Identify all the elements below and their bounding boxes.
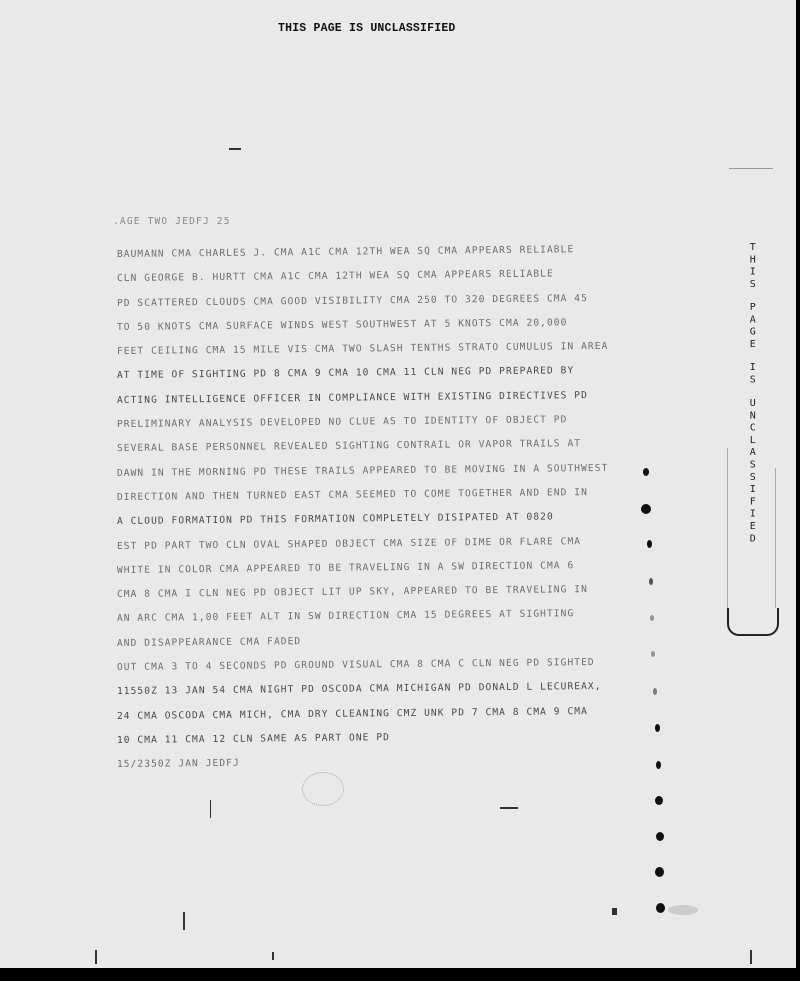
document-page: THIS PAGE IS UNCLASSIFIED .AGE TWO JEDFJ…	[0, 0, 796, 968]
punch-hole	[649, 578, 653, 585]
punch-hole	[656, 832, 664, 841]
vertical-classification-stamp: THIS PAGE IS UNCLASSIFIED	[727, 168, 777, 638]
punch-hole	[651, 651, 655, 657]
stamp-bracket-top	[729, 168, 773, 177]
stamp-letters: THIS PAGE IS UNCLASSIFIED	[747, 242, 758, 546]
scan-border	[796, 0, 800, 981]
smudge	[668, 905, 698, 915]
punch-hole	[656, 761, 661, 769]
punch-hole	[650, 615, 654, 621]
stamp-word: THIS	[747, 242, 758, 291]
stamp-bracket-bottom	[727, 608, 779, 636]
punch-hole	[641, 504, 651, 514]
stray-mark	[95, 950, 97, 964]
stamp-bracket-right	[775, 468, 776, 608]
stray-mark	[210, 800, 211, 818]
page-reference: .AGE TWO JEDFJ 25	[113, 216, 231, 227]
stamp-bracket-left	[727, 448, 728, 608]
punch-hole	[656, 903, 665, 913]
stray-mark	[750, 950, 752, 964]
punch-hole	[655, 867, 664, 877]
stray-mark	[229, 148, 241, 150]
stamp-word: IS	[747, 362, 758, 387]
stamp-word: UNCLASSIFIED	[747, 398, 758, 546]
classification-header: THIS PAGE IS UNCLASSIFIED	[278, 22, 456, 35]
punch-hole	[653, 688, 657, 695]
stray-mark	[612, 908, 617, 915]
stray-mark	[272, 952, 274, 960]
stray-mark	[183, 912, 185, 930]
stamp-word: PAGE	[747, 302, 758, 351]
punch-hole	[647, 540, 652, 548]
punch-hole	[655, 796, 663, 805]
punch-hole	[643, 468, 649, 476]
punch-hole	[655, 724, 660, 732]
stray-mark	[500, 807, 518, 809]
faint-seal-mark	[302, 772, 344, 806]
teletype-body: BAUMANN CMA CHARLES J. CMA A1C CMA 12TH …	[117, 249, 637, 784]
body-line: 15/2350Z JAN JEDFJ	[117, 754, 637, 784]
